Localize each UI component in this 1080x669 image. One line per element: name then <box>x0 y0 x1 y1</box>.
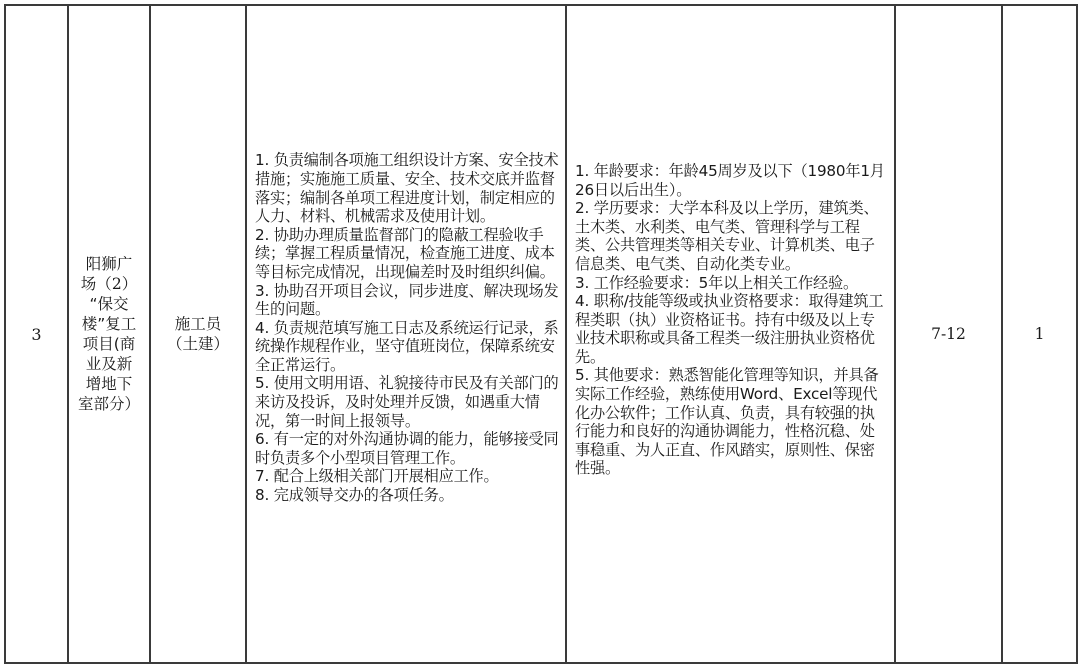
duty-item: 1. 负责编制各项施工组织设计方案、安全技术措施；实施施工质量、安全、技术交底并… <box>255 151 559 225</box>
project-line: 项目(商 <box>75 334 143 354</box>
project-line: 增地下 <box>75 374 143 394</box>
duties-cell: 1. 负责编制各项施工组织设计方案、安全技术措施；实施施工质量、安全、技术交底并… <box>246 5 566 663</box>
recruitment-table: 3 阳狮广 场（2） “保交 楼”复工 项目(商 业及新 增地下 室部分） 施工… <box>4 4 1078 664</box>
project-line: 业及新 <box>75 354 143 374</box>
project-name-cell: 阳狮广 场（2） “保交 楼”复工 项目(商 业及新 增地下 室部分） <box>68 5 150 663</box>
project-line: 室部分） <box>75 394 143 414</box>
position-line: 施工员 <box>151 314 245 334</box>
duty-item: 6. 有一定的对外沟通协调的能力，能够接受同时负责多个小型项目管理工作。 <box>255 430 559 467</box>
duty-item: 4. 负责规范填写施工日志及系统运行记录，系统操作规程作业，坚守值班岗位，保障系… <box>255 319 559 375</box>
position-line: （土建） <box>151 334 245 354</box>
requirement-item: 4. 职称/技能等级或执业资格要求：取得建筑工程类职（执）业资格证书。持有中级及… <box>575 292 888 366</box>
duty-item: 7. 配合上级相关部门开展相应工作。 <box>255 467 559 486</box>
duty-item: 8. 完成领导交办的各项任务。 <box>255 486 559 505</box>
position-cell: 施工员 （土建） <box>150 5 246 663</box>
requirement-item: 5. 其他要求：熟悉智能化管理等知识，并具备实际工作经验，熟练使用Word、Ex… <box>575 366 888 478</box>
duty-item: 5. 使用文明用语、礼貌接待市民及有关部门的来访及投诉，及时处理并反馈，如遇重大… <box>255 374 559 430</box>
table-row: 3 阳狮广 场（2） “保交 楼”复工 项目(商 业及新 增地下 室部分） 施工… <box>5 5 1077 663</box>
project-line: “保交 <box>75 294 143 314</box>
duty-item: 2. 协助办理质量监督部门的隐蔽工程验收手续；掌握工程质量情况，检查施工进度、成… <box>255 226 559 282</box>
duty-item: 3. 协助召开项目会议，同步进度、解决现场发生的问题。 <box>255 282 559 319</box>
salary-grade: 7-12 <box>895 5 1002 663</box>
headcount: 1 <box>1002 5 1077 663</box>
requirement-item: 2. 学历要求：大学本科及以上学历，建筑类、土木类、水利类、电气类、管理科学与工… <box>575 199 888 273</box>
requirement-item: 3. 工作经验要求：5年以上相关工作经验。 <box>575 274 888 293</box>
project-line: 楼”复工 <box>75 314 143 334</box>
project-line: 场（2） <box>75 274 143 294</box>
row-index: 3 <box>5 5 68 663</box>
requirement-item: 1. 年龄要求：年龄45周岁及以下（1980年1月26日以后出生）。 <box>575 162 888 199</box>
project-line: 阳狮广 <box>75 254 143 274</box>
requirements-cell: 1. 年龄要求：年龄45周岁及以下（1980年1月26日以后出生）。 2. 学历… <box>566 5 895 663</box>
